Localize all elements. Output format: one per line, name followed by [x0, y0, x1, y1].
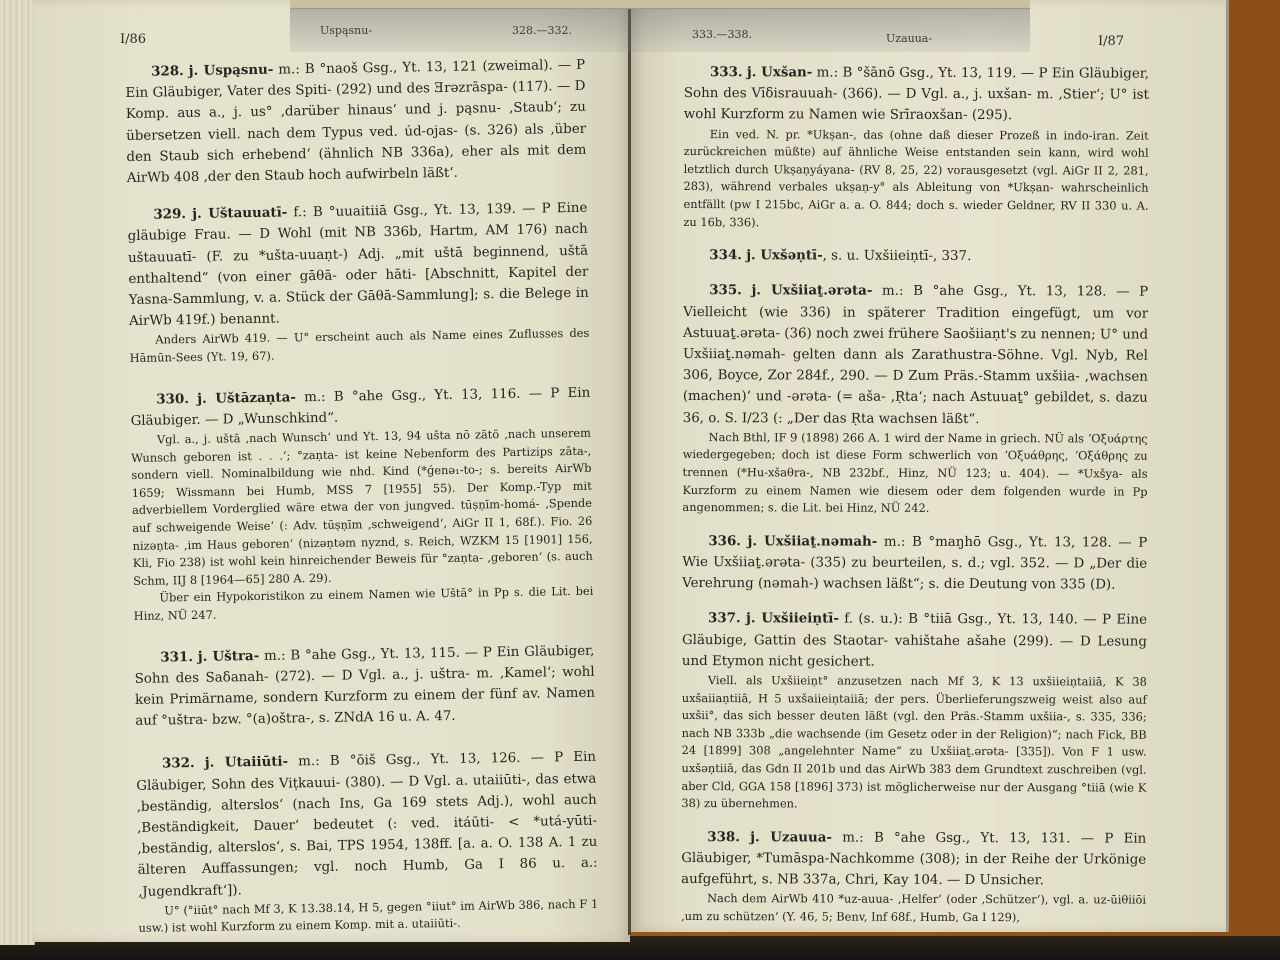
entry-lemma: j. Uštauuatī- [192, 205, 287, 222]
entry-lemma: j. Uxšiieiṇtī- [746, 611, 839, 627]
entry-number: 334. [709, 247, 742, 263]
right-page: 333.—338. Uzauua- I/87 333. j. Uxšan- m.… [630, 0, 1229, 932]
page-number: I/87 [1098, 34, 1124, 49]
book-gutter [628, 0, 631, 935]
entry-lemma: j. Uspąsnu- [189, 62, 274, 79]
entry-338: 338. j. Uzauua- m.: B °ahe Gsg., Yt. 13,… [681, 827, 1146, 927]
entry-body: m.: B °ahe Gsg., Yt. 13, 128. — P Vielle… [683, 284, 1148, 427]
entry-note: Nach Bthl, IF 9 (1898) 266 A. 1 wird der… [682, 429, 1147, 519]
entry-range: 328.—332. [512, 24, 572, 37]
entry-body: , s. u. Uxšiieiṇtī-, 337. [823, 249, 972, 265]
page-stack-edge [0, 0, 35, 945]
entry-note: Über ein Hypokoristikon zu einem Namen w… [133, 583, 593, 625]
entry-lemma: j. Uštāzaṇta- [197, 389, 296, 407]
entry-330: 330. j. Uštāzaṇta- m.: B °ahe Gsg., Yt. … [130, 382, 594, 625]
entry-number: 332. [162, 755, 195, 772]
entry-note: Anders AirWb 419. — U° erscheint auch al… [129, 325, 589, 367]
entry-number: 336. [708, 533, 741, 549]
entry-number: 333. [710, 64, 743, 80]
entry-lemma: j. Uxšəṇtī- [746, 247, 823, 263]
left-page: I/86 Uspąsnu- 328.—332. 328. j. Uspąsnu-… [32, 0, 630, 942]
entry-note: Vgl. a., j. uštā ‚nach Wunsch‘ und Yt. 1… [131, 425, 593, 591]
entry-lemma: j. Uxšiiaṯ.nəmah- [748, 533, 878, 549]
entry-note: Ein ved. N. pr. *Ukṣan-, das (ohne daß d… [683, 126, 1148, 233]
running-title: Uzauua- [886, 32, 932, 45]
entry-note: U° (°iiūt° nach Mf 3, K 13.38.14, H 5, g… [138, 895, 598, 937]
entry-range: 333.—338. [692, 28, 752, 41]
entry-329: 329. j. Uštauuatī- f.: B °uuaitiiā Gsg.,… [127, 198, 589, 368]
running-title: Uspąsnu- [320, 24, 372, 37]
entry-lemma: j. Utaiiūti- [205, 754, 289, 771]
entry-332: 332. j. Utaiiūti- m.: B °ōiš Gsg., Yt. 1… [136, 747, 599, 938]
entry-note: Viell. als Uxšiieiṇt° anzusetzen nach Mf… [681, 672, 1146, 814]
entry-number: 329. [153, 206, 186, 223]
entry-lemma: j. Uštra- [198, 648, 260, 665]
right-page-text: 333. j. Uxšan- m.: B °šānō Gsg., Yt. 13,… [681, 62, 1149, 941]
entry-lemma: j. Uxšiiaṯ.ərəta- [751, 283, 872, 299]
entry-331: 331. j. Uštra- m.: B °ahe Gsg., Yt. 13, … [134, 640, 595, 732]
entry-334: 334. j. Uxšəṇtī-, s. u. Uxšiieiṇtī-, 337… [683, 245, 1148, 268]
entry-lemma: j. Uxšan- [747, 64, 812, 80]
entry-335: 335. j. Uxšiiaṯ.ərəta- m.: B °ahe Gsg., … [682, 280, 1148, 518]
entry-333: 333. j. Uxšan- m.: B °šānō Gsg., Yt. 13,… [683, 62, 1149, 233]
entry-number: 335. [709, 282, 742, 298]
entry-number: 328. [151, 63, 184, 80]
entry-number: 337. [708, 610, 741, 626]
entry-337: 337. j. Uxšiieiṇtī- f. (s. u.): B °tiiā … [681, 608, 1147, 814]
entry-body: m.: B °ōiš Gsg., Yt. 13, 126. — P Ein Gl… [136, 750, 598, 899]
page-number: I/86 [120, 32, 146, 47]
entry-lemma: j. Uzauua- [750, 829, 832, 845]
entry-328: 328. j. Uspąsnu- m.: B °naoš Gsg., Yt. 1… [125, 55, 587, 189]
entry-number: 330. [156, 391, 189, 408]
entry-note: Nach dem AirWb 410 *uz-auua- ‚Helfer‘ (o… [681, 890, 1146, 927]
entry-336: 336. j. Uxšiiaṯ.nəmah- m.: B °maŋhō Gsg.… [682, 531, 1147, 596]
left-page-text: 328. j. Uspąsnu- m.: B °naoš Gsg., Yt. 1… [125, 55, 599, 952]
entry-number: 338. [707, 829, 740, 845]
entry-number: 331. [160, 649, 193, 666]
open-book: I/86 Uspąsnu- 328.—332. 328. j. Uspąsnu-… [0, 0, 1226, 946]
